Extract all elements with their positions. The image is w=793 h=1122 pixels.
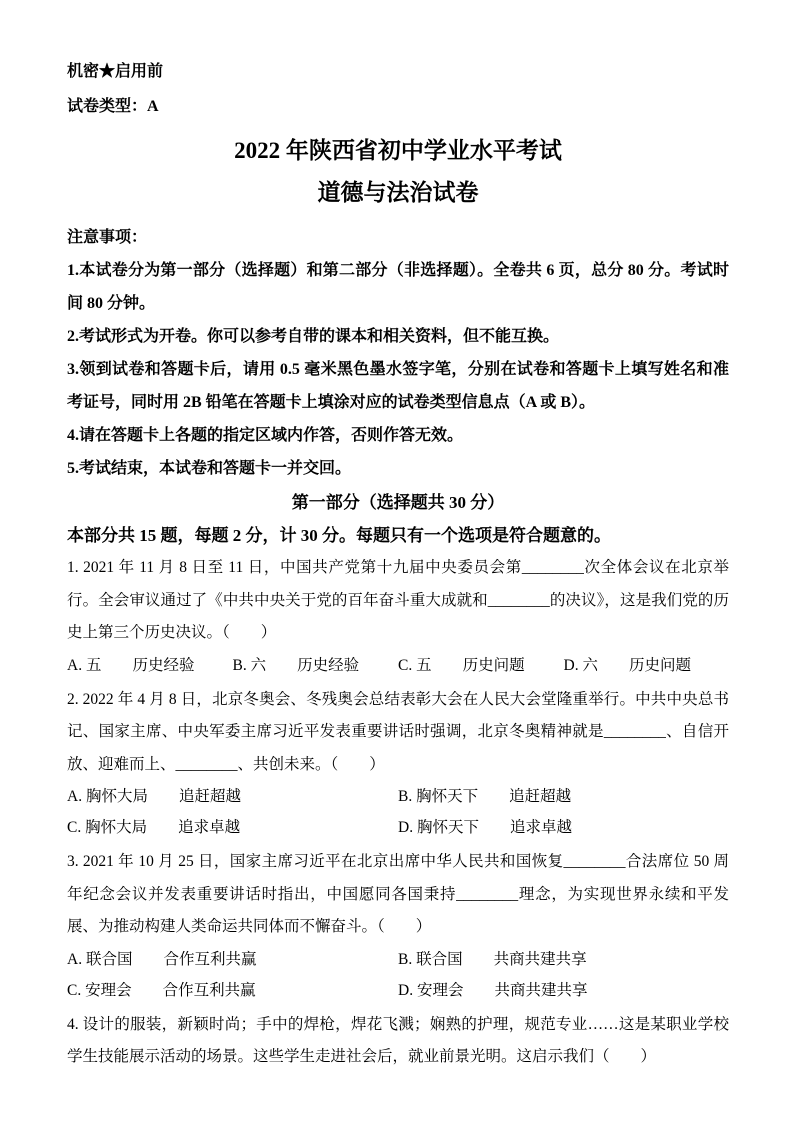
question-1-option-A: A. 五 历史经验 — [67, 650, 233, 681]
question-2-option-C: C. 胸怀大局 追求卓越 — [67, 812, 398, 843]
question-2-options: A. 胸怀大局 追赶超越B. 胸怀天下 追赶超越C. 胸怀大局 追求卓越D. 胸… — [67, 781, 729, 843]
page-subtitle: 道德与法治试卷 — [67, 178, 729, 208]
question-2: 2. 2022 年 4 月 8 日，北京冬奥会、冬残奥会总结表彰大会在人民大会堂… — [67, 684, 729, 844]
question-3-options: A. 联合国 合作互利共赢B. 联合国 共商共建共享C. 安理会 合作互利共赢D… — [67, 944, 729, 1006]
questions-list: 1. 2021 年 11 月 8 日至 11 日，中国共产党第十九届中央委员会第… — [67, 552, 729, 1074]
note-item-5: 5.考试结束，本试卷和答题卡一并交回。 — [67, 452, 729, 485]
question-3-option-C: C. 安理会 合作互利共赢 — [67, 975, 398, 1006]
question-1-option-B: B. 六 历史经验 — [233, 650, 399, 681]
note-item-1: 1.本试卷分为第一部分（选择题）和第二部分（非选择题）。全卷共 6 页，总分 8… — [67, 254, 729, 320]
notes-list: 1.本试卷分为第一部分（选择题）和第二部分（非选择题）。全卷共 6 页，总分 8… — [67, 254, 729, 485]
note-item-4: 4.请在答题卡上各题的指定区域内作答，否则作答无效。 — [67, 419, 729, 452]
notes-heading: 注意事项： — [67, 222, 729, 254]
question-1-options: A. 五 历史经验B. 六 历史经验C. 五 历史问题D. 六 历史问题 — [67, 650, 729, 681]
note-item-2: 2.考试形式为开卷。你可以参考自带的课本和相关资料，但不能互换。 — [67, 320, 729, 353]
question-2-option-D: D. 胸怀天下 追求卓越 — [398, 812, 729, 843]
question-1-option-C: C. 五 历史问题 — [398, 650, 564, 681]
confidential-label: 机密★启用前 — [67, 54, 729, 89]
question-3-option-B: B. 联合国 共商共建共享 — [398, 944, 729, 975]
question-2-option-A: A. 胸怀大局 追赶超越 — [67, 781, 398, 812]
question-4: 4. 设计的服装，新颖时尚；手中的焊枪，焊花飞溅；娴熟的护理，规范专业……这是某… — [67, 1009, 729, 1074]
paper-type-label: 试卷类型：A — [67, 89, 729, 124]
note-item-3: 3.领到试卷和答题卡后，请用 0.5 毫米黑色墨水签字笔，分别在试卷和答题卡上填… — [67, 353, 729, 419]
question-3: 3. 2021 年 10 月 25 日，国家主席习近平在北京出席中华人民共和国恢… — [67, 846, 729, 1006]
page-title: 2022 年陕西省初中学业水平考试 — [67, 136, 729, 166]
section-one-heading: 第一部分（选择题共 30 分） — [67, 487, 729, 519]
question-1-text: 1. 2021 年 11 月 8 日至 11 日，中国共产党第十九届中央委员会第… — [67, 552, 729, 650]
question-2-text: 2. 2022 年 4 月 8 日，北京冬奥会、冬残奥会总结表彰大会在人民大会堂… — [67, 684, 729, 782]
exam-paper-page: 机密★启用前 试卷类型：A 2022 年陕西省初中学业水平考试 道德与法治试卷 … — [0, 0, 793, 1122]
question-3-text: 3. 2021 年 10 月 25 日，国家主席习近平在北京出席中华人民共和国恢… — [67, 846, 729, 944]
question-3-option-A: A. 联合国 合作互利共赢 — [67, 944, 398, 975]
section-one-intro: 本部分共 15 题，每题 2 分，计 30 分。每题只有一个选项是符合题意的。 — [67, 519, 729, 552]
question-1-option-D: D. 六 历史问题 — [564, 650, 730, 681]
question-2-option-B: B. 胸怀天下 追赶超越 — [398, 781, 729, 812]
question-3-option-D: D. 安理会 共商共建共享 — [398, 975, 729, 1006]
question-4-text: 4. 设计的服装，新颖时尚；手中的焊枪，焊花飞溅；娴熟的护理，规范专业……这是某… — [67, 1009, 729, 1074]
question-1: 1. 2021 年 11 月 8 日至 11 日，中国共产党第十九届中央委员会第… — [67, 552, 729, 681]
